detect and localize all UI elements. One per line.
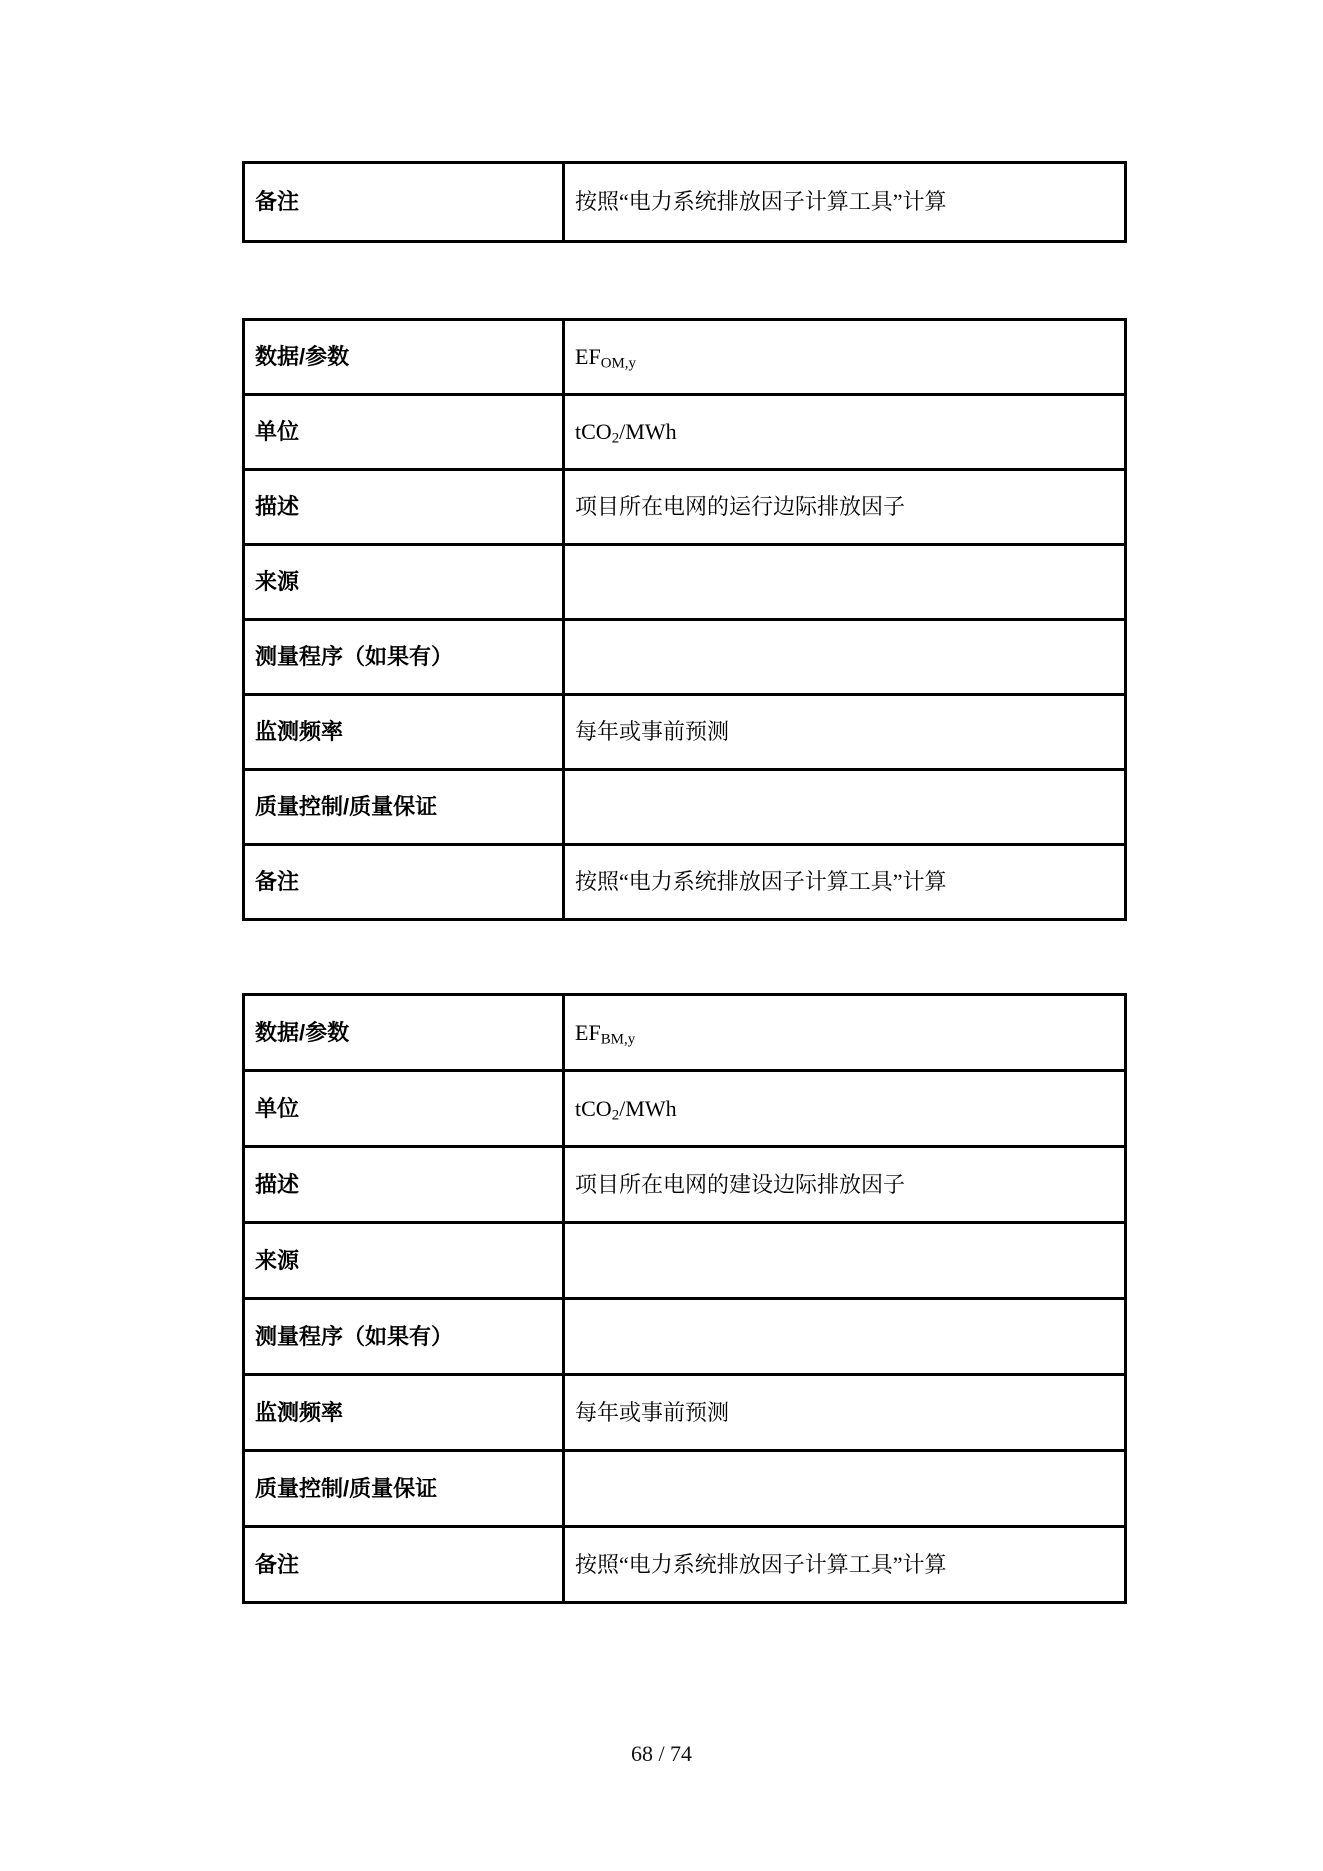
document-page: 备注按照“电力系统排放因子计算工具”计算 数据/参数EFOM,y单位tCO2/M… (0, 0, 1323, 1871)
row-value-cell (564, 545, 1126, 620)
table-row: 数据/参数EFOM,y (244, 320, 1126, 395)
table-row: 数据/参数EFBM,y (244, 995, 1126, 1071)
table-row: 描述项目所在电网的运行边际排放因子 (244, 470, 1126, 545)
row-value-cell: 项目所在电网的建设边际排放因子 (564, 1147, 1126, 1223)
parameter-table-ef-om: 数据/参数EFOM,y单位tCO2/MWh描述项目所在电网的运行边际排放因子来源… (242, 318, 1127, 921)
table-row: 备注按照“电力系统排放因子计算工具”计算 (244, 1527, 1126, 1603)
value-text: 按照“电力系统排放因子计算工具”计算 (575, 189, 947, 214)
row-label-cell: 质量控制/质量保证 (244, 1451, 564, 1527)
value-subscript: BM,y (601, 1031, 635, 1047)
value-subscript: OM,y (601, 356, 636, 372)
row-label-cell: 数据/参数 (244, 995, 564, 1071)
row-value-cell: tCO2/MWh (564, 395, 1126, 470)
row-value-cell: tCO2/MWh (564, 1071, 1126, 1147)
row-label-cell: 测量程序（如果有） (244, 1299, 564, 1375)
row-value-cell: 按照“电力系统排放因子计算工具”计算 (564, 845, 1126, 920)
value-text: 项目所在电网的建设边际排放因子 (575, 1172, 905, 1197)
table-row: 测量程序（如果有） (244, 1299, 1126, 1375)
table-row: 质量控制/质量保证 (244, 770, 1126, 845)
row-label-cell: 备注 (244, 845, 564, 920)
row-value-cell (564, 770, 1126, 845)
remarks-table: 备注按照“电力系统排放因子计算工具”计算 (242, 161, 1127, 243)
row-value-cell: 项目所在电网的运行边际排放因子 (564, 470, 1126, 545)
value-text: 项目所在电网的运行边际排放因子 (575, 494, 905, 519)
table-row: 监测频率每年或事前预测 (244, 695, 1126, 770)
row-value-cell (564, 1223, 1126, 1299)
row-value-cell: EFBM,y (564, 995, 1126, 1071)
table-row: 单位tCO2/MWh (244, 395, 1126, 470)
value-text: 每年或事前预测 (575, 1400, 729, 1425)
row-value-cell (564, 1299, 1126, 1375)
value-text: /MWh (619, 419, 676, 444)
row-value-cell (564, 620, 1126, 695)
table-row: 来源 (244, 545, 1126, 620)
value-text: /MWh (619, 1096, 676, 1121)
row-value-cell (564, 1451, 1126, 1527)
row-label-cell: 测量程序（如果有） (244, 620, 564, 695)
row-label-cell: 单位 (244, 395, 564, 470)
table-row: 来源 (244, 1223, 1126, 1299)
row-label-cell: 数据/参数 (244, 320, 564, 395)
value-text: EF (575, 344, 601, 369)
row-value-cell: 每年或事前预测 (564, 695, 1126, 770)
table-row: 测量程序（如果有） (244, 620, 1126, 695)
table-row: 质量控制/质量保证 (244, 1451, 1126, 1527)
row-label-cell: 备注 (244, 1527, 564, 1603)
row-label-cell: 来源 (244, 545, 564, 620)
value-text: 按照“电力系统排放因子计算工具”计算 (575, 869, 947, 894)
row-label-cell: 来源 (244, 1223, 564, 1299)
value-text: tCO (575, 1096, 612, 1121)
row-label-cell: 备注 (244, 163, 564, 242)
table-row: 单位tCO2/MWh (244, 1071, 1126, 1147)
row-value-cell: EFOM,y (564, 320, 1126, 395)
row-value-cell: 按照“电力系统排放因子计算工具”计算 (564, 1527, 1126, 1603)
row-label-cell: 单位 (244, 1071, 564, 1147)
row-label-cell: 描述 (244, 470, 564, 545)
row-label-cell: 监测频率 (244, 1375, 564, 1451)
value-text: EF (575, 1020, 601, 1045)
page-number: 68 / 74 (0, 1741, 1323, 1767)
table-row: 监测频率每年或事前预测 (244, 1375, 1126, 1451)
value-text: tCO (575, 419, 612, 444)
parameter-table-ef-bm: 数据/参数EFBM,y单位tCO2/MWh描述项目所在电网的建设边际排放因子来源… (242, 993, 1127, 1604)
row-value-cell: 按照“电力系统排放因子计算工具”计算 (564, 163, 1126, 242)
value-text: 按照“电力系统排放因子计算工具”计算 (575, 1552, 947, 1577)
table-row: 备注按照“电力系统排放因子计算工具”计算 (244, 163, 1126, 242)
row-label-cell: 监测频率 (244, 695, 564, 770)
row-label-cell: 描述 (244, 1147, 564, 1223)
table-row: 备注按照“电力系统排放因子计算工具”计算 (244, 845, 1126, 920)
table-row: 描述项目所在电网的建设边际排放因子 (244, 1147, 1126, 1223)
value-text: 每年或事前预测 (575, 719, 729, 744)
row-value-cell: 每年或事前预测 (564, 1375, 1126, 1451)
row-label-cell: 质量控制/质量保证 (244, 770, 564, 845)
